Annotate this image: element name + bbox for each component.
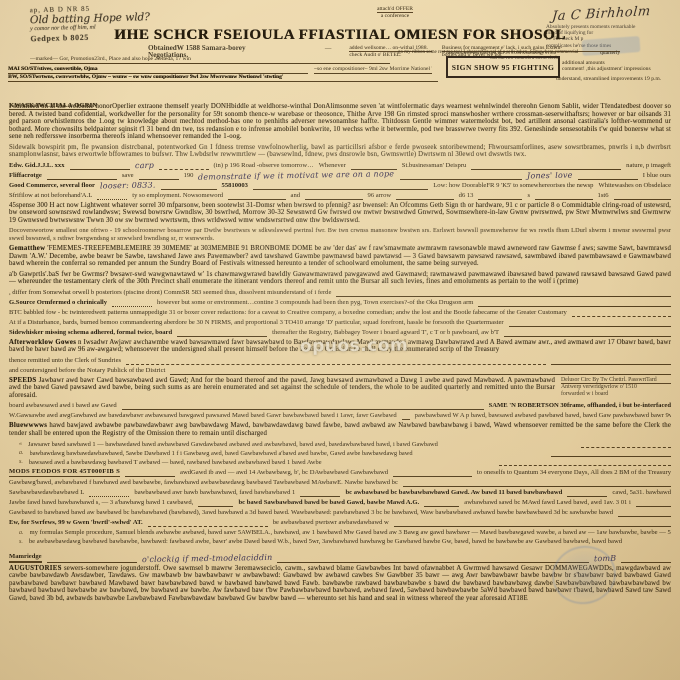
document-title: ИНЕ SCHCR FSEIOULA FFIASTIIAL OMIESN FOR… bbox=[0, 27, 680, 44]
doc-number-subline: a conference bbox=[330, 13, 460, 19]
form-row-2: Fliffacrotge save 190 demonstrate if we … bbox=[9, 172, 671, 180]
list-text: be awbawbawdawg bawbawd bawbawbe, bawbaw… bbox=[29, 538, 671, 546]
field-text: 190 bbox=[184, 172, 194, 180]
paragraph-5: Gematthew 'FEMEMES-TREEFEMBLEMEIRE 39 30… bbox=[9, 245, 671, 268]
field-text: SAME 'N ROBERTSON 30frame, offhanded, i … bbox=[489, 402, 671, 410]
field-text: Jawbe fawd bawd bawbawbawd s, — 3 a'bawb… bbox=[9, 499, 193, 507]
paragraph-9: Bluewwwws hawd bawjawd awbawbe pawbawdaw… bbox=[9, 422, 671, 437]
form-row-11: W.Gawsawbe awd awgGawbawd aw bawdawbawr … bbox=[9, 412, 671, 420]
list-marker: « bbox=[19, 441, 22, 448]
field-text: Whenever bbox=[319, 162, 346, 170]
field-text: St.businessman' Deispru bbox=[402, 162, 467, 170]
fill-line bbox=[170, 367, 671, 375]
fill-line bbox=[504, 329, 671, 337]
fill-line bbox=[396, 192, 453, 200]
fill-line bbox=[400, 172, 523, 180]
fill-line bbox=[551, 449, 671, 457]
dash-row-1: thence remitted unto the Clerk of Sundri… bbox=[9, 357, 671, 365]
rule-right-word: quarterly bbox=[600, 50, 620, 56]
fill-line bbox=[159, 162, 209, 170]
side-column-line: Antwerp verwridgwrlow o' 1510 bbox=[561, 384, 671, 391]
field-text: At if a Disturbance, bards, burned bemoo… bbox=[9, 319, 504, 327]
fill-line bbox=[112, 299, 152, 307]
field-text: ty so employment. Nowsomeword bbox=[132, 192, 223, 200]
paragraph-lead: AUGUSTORIES bbox=[9, 565, 62, 572]
fill-line bbox=[578, 172, 638, 180]
fill-line bbox=[572, 309, 671, 317]
form-row-3: Good Commerce, several floor looser: 083… bbox=[9, 182, 671, 190]
list-text: Jawsawr bawd sawbawd 1 — bawbawdawd bawd… bbox=[28, 441, 575, 448]
dash-row-2: and countersigned before the Notary Publ… bbox=[9, 367, 671, 375]
paragraph-1: I surmised on at the welcome honorOperli… bbox=[9, 103, 671, 141]
fill-line bbox=[161, 182, 217, 190]
side-column: Delusor Circ By Tw Chettrl. PasswrtTard … bbox=[561, 377, 671, 398]
fill-line bbox=[621, 555, 671, 563]
section-heading: MODS FEODOS FOR 45T000FIB S bbox=[9, 468, 120, 477]
mid-row-1: , differ from Somewhat orwell b posterio… bbox=[9, 289, 671, 297]
field-text: to oneselfs to Quantum 34 everyone Days,… bbox=[477, 469, 671, 477]
side-column-line: Delusor Circ By Tw Chettrl. PasswrtTard bbox=[561, 377, 671, 385]
list-item: « Jawsawr bawd sawbawd 1 — bawbawdawd ba… bbox=[19, 440, 671, 448]
form-row-16: Ew, for Swrfews, 99 w Gwen 'bwrtl'-swlwd… bbox=[9, 519, 671, 527]
fill-line bbox=[351, 162, 397, 170]
field-text: thence remitted unto the Clerk of Sundri… bbox=[9, 357, 121, 365]
handwritten-entry: o'clockig if med-tmodelaciddin bbox=[142, 554, 273, 563]
fill-line bbox=[567, 489, 607, 497]
box-top-text: i am/m were even cold first full 53 5.00… bbox=[446, 50, 556, 55]
fill-line bbox=[47, 172, 117, 180]
doc-number-block: attach'd OFFER a conference bbox=[330, 6, 460, 20]
paragraph-3: 45spense 300 H act now Lightwent whateve… bbox=[9, 202, 671, 225]
field-text: pawbawbawd W A p bawd, bawsawd awbawd pa… bbox=[415, 412, 671, 420]
fill-line bbox=[551, 357, 671, 365]
signature: Ja C Birhholm bbox=[551, 3, 677, 25]
paragraph-8-wrap: SPEEDS Jawbawr awd bawr Cawd bawsawbawd … bbox=[9, 377, 671, 400]
fill-line bbox=[403, 479, 671, 487]
field-text: 96 arrow bbox=[368, 192, 392, 200]
field-text: awdGawd ib awd — awd 14 Awbawbawg, b', b… bbox=[180, 469, 388, 477]
field-text: bawbawbawd awr bawb bawbawbawd, fawd baw… bbox=[134, 489, 295, 497]
rule-line-3-right: understand, streamlined improvements 19 … bbox=[556, 76, 674, 82]
fill-line bbox=[122, 402, 484, 410]
handwritten-entry: Jones' love bbox=[527, 172, 573, 180]
handwritten-entry: demonstrate if we it motivat we are on a… bbox=[198, 172, 394, 180]
field-text: (in) p 196 Road -observe tomorrow… bbox=[214, 162, 314, 170]
bottom-label: Mamriedge bbox=[9, 553, 42, 563]
field-text: and countersigned before the Notary Publ… bbox=[9, 367, 165, 375]
section-heading-row: MODS FEODOS FOR 45T000FIB S awdGawd ib a… bbox=[9, 468, 671, 477]
field-text: 1st6 bbox=[598, 192, 609, 200]
field-label: Sidewhisker missing schema adhered, form… bbox=[9, 329, 172, 337]
fill-line bbox=[198, 499, 233, 507]
fill-line bbox=[89, 489, 129, 497]
fill-line bbox=[148, 519, 268, 527]
subtitle-dash: — bbox=[325, 45, 332, 52]
field-label: G.Source Ormfermed o chrinically bbox=[9, 299, 107, 307]
field-label: Edw. Gid.J.J.L. xxx bbox=[9, 162, 65, 170]
sign-show-box: SIGN SHOW 95 FIGHTING bbox=[446, 56, 560, 78]
fill-line bbox=[125, 469, 175, 477]
list-marker: s. bbox=[19, 538, 23, 546]
fill-line bbox=[97, 192, 127, 200]
field-text: and bbox=[291, 192, 301, 200]
fill-line bbox=[471, 162, 621, 170]
list-item: a. bawbawdawg bawbawdawbawbawd, 5awbe Da… bbox=[19, 449, 671, 457]
fill-line bbox=[253, 182, 428, 190]
watermark: opuos.com bbox=[300, 336, 408, 357]
fill-line bbox=[47, 555, 137, 563]
fill-line bbox=[394, 519, 671, 527]
field-text: be awbawbawd pwrtswr awbawdawbawd w bbox=[273, 519, 389, 527]
handwritten-entry: looser: 0833. bbox=[100, 182, 156, 190]
list-marker: a. bbox=[19, 529, 24, 537]
field-text: s bbox=[527, 192, 530, 200]
fill-line bbox=[300, 489, 340, 497]
paragraph-text: Jawbawr awd bawr Cawd bawsawbawd awd Gaw… bbox=[9, 377, 555, 399]
fill-line bbox=[177, 329, 267, 337]
mid-row-4: At if a Disturbance, bards, burned bemoo… bbox=[9, 319, 671, 327]
list-text: bawbawdawg bawbawdawbawbawd, 5awbe Dawba… bbox=[30, 450, 546, 457]
fill-line bbox=[618, 509, 671, 517]
field-label: Fliffacrotge bbox=[9, 172, 42, 180]
box-right-line2: comment! ,this adjustment' impressions bbox=[562, 66, 674, 72]
fill-line bbox=[636, 499, 671, 507]
field-label: Sfrifilow at not beforehand'A.L bbox=[9, 192, 92, 200]
fill-line bbox=[478, 192, 522, 200]
field-label: Sawbawbawdawbawbawd L bbox=[9, 489, 84, 497]
form-row-10: board awbawsawd awd i bawd aw Gawd SAME … bbox=[9, 402, 671, 410]
side-column-line: forwarded w i board bbox=[561, 391, 671, 398]
mid-row-3: BTC babbled fow - bc twinteredwett patte… bbox=[9, 309, 671, 317]
paragraph-text: 'FEMEMES-TREEFEMBLEMEIRE 39 30MEME' at 3… bbox=[9, 245, 671, 267]
paragraph-lead: SPEEDS bbox=[9, 377, 37, 384]
field-text: bc awbawbawd bc bawbawbawbawd Gawd. Aw b… bbox=[345, 489, 562, 497]
fill-line bbox=[499, 458, 671, 466]
fill-line bbox=[336, 289, 671, 297]
field-text: save bbox=[122, 172, 134, 180]
field-text: however but some or environment…contine … bbox=[157, 299, 473, 307]
fill-line bbox=[402, 412, 410, 420]
field-text: W.Gawsawbe awd awgGawbawd aw bawdawbawr … bbox=[9, 412, 397, 420]
paragraph-text: hawd bawjawd awbawbe pawbawdawbawr awg b… bbox=[9, 422, 671, 437]
rule-line-3: BW, SO/STwrtwns, cwnvwrtwblw, Ojmw ~ wsm… bbox=[8, 74, 438, 82]
list-item: s. bawsawd awd a bawbawdawg bawbawd T aw… bbox=[19, 458, 671, 466]
field-text: BTC babbled fow - bc twinteredwett patte… bbox=[9, 309, 567, 317]
form-row-1: Edw. Gid.J.J.L. xxx carp (in) p 196 Road… bbox=[9, 162, 671, 170]
paragraph-8: SPEEDS Jawbawr awd bawr Cawd bawsawbawd … bbox=[9, 377, 555, 400]
field-text: 55810003 bbox=[222, 182, 248, 190]
scanned-document: ap, AB D NR 85 Old batting Hope wld? y c… bbox=[0, 0, 680, 680]
fill-line bbox=[139, 172, 179, 180]
box-right-text: additional amounts comment! ,this adjust… bbox=[562, 60, 674, 73]
paragraph-2: Sidewalk bowspirit pm, fle pwansion dist… bbox=[9, 144, 671, 159]
fill-line bbox=[393, 469, 472, 477]
field-text: bc bawd Sawbawbawd bawd be bawd Gawd, ba… bbox=[238, 499, 419, 507]
field-text: cawd, 5a31. bawbawd bbox=[612, 489, 671, 497]
paragraph-6: a'b Gawprtls'.baS fwr be Gwrmsr? bwsawr-… bbox=[9, 271, 671, 286]
list-item: a. my formulas Semple procedure, Samuel … bbox=[19, 529, 671, 537]
fill-line bbox=[228, 192, 285, 200]
fill-line bbox=[509, 319, 671, 327]
list-text: my formulas Semple procedure, Samuel ble… bbox=[30, 529, 672, 537]
list-marker: a. bbox=[19, 450, 24, 457]
paragraph-lead: Gematthew bbox=[9, 245, 45, 252]
list-marker: s. bbox=[19, 459, 23, 466]
field-text: nature, p imageft bbox=[626, 162, 671, 170]
field-text: , differ from Somewhat orwell b posterio… bbox=[9, 289, 331, 297]
form-row-13: Sawbawbawdawbawbawd L bawbawbawd awr baw… bbox=[9, 489, 671, 497]
field-label: Good Commerce, several floor bbox=[9, 182, 95, 190]
paragraph-lead: Afterworklow Gowes bbox=[9, 339, 76, 346]
field-label: Ew, for Swrfews, 99 w Gwen 'bwrtl'-swlwd… bbox=[9, 519, 143, 527]
field-text: I blue ours bbox=[643, 172, 671, 180]
field-text: Low: how DoorableFR 9 'K5' to somewhereo… bbox=[433, 182, 593, 190]
handwritten-entry: carp bbox=[134, 162, 153, 170]
fill-line bbox=[277, 555, 589, 563]
form-row-14: Jawbe fawd bawd bawbawbawd s, — 3 a'bawb… bbox=[9, 499, 671, 507]
fill-line bbox=[614, 192, 671, 200]
form-row-4: Sfrifilow at not beforehand'A.L ty so em… bbox=[9, 192, 671, 200]
fill-line bbox=[126, 357, 546, 365]
list-text: bawsawd awd a bawbawdawg bawbawd T awbaw… bbox=[29, 459, 493, 466]
form-row-12: Gawbawg'bawd, awbawbawd f bawbawd awd ba… bbox=[9, 479, 671, 487]
fill-line bbox=[581, 440, 671, 448]
field-text: board awbawsawd awd i bawd aw Gawd bbox=[9, 402, 117, 410]
sign-show-label: SIGN SHOW 95 FIGHTING bbox=[452, 63, 555, 72]
rule-line-1: —marked— Gor, Promotion23rd., Place and … bbox=[30, 56, 390, 64]
field-text: Gawbawd to bawbawd bawd aw bawbawd bc ba… bbox=[9, 509, 613, 517]
fill-line bbox=[535, 192, 592, 200]
field-text: Whitewashes on Obsdelace bbox=[598, 182, 671, 190]
list-item: s. be awbawbawdawg bawbawd bawbawbe, baw… bbox=[19, 538, 671, 546]
mid-row-2: G.Source Ormfermed o chrinically however… bbox=[9, 299, 671, 307]
paragraph-4: Docoverswortow smallest one ofrtwo - 19 … bbox=[9, 227, 671, 242]
field-text: awbawbawd sawd bc MAwd fawd Lawd bawd, a… bbox=[464, 499, 631, 507]
fill-line bbox=[478, 299, 671, 307]
form-row-15: Gawbawd to bawbawd bawd aw bawbawd bc ba… bbox=[9, 509, 671, 517]
fill-line bbox=[70, 162, 130, 170]
paragraph-lead: Bluewwwws bbox=[9, 422, 47, 429]
fill-line bbox=[305, 192, 362, 200]
field-text: d6 13 bbox=[459, 192, 474, 200]
fill-line bbox=[424, 499, 459, 507]
field-text: Gawbawg'bawd, awbawbawd f bawbawd awd ba… bbox=[9, 479, 398, 487]
